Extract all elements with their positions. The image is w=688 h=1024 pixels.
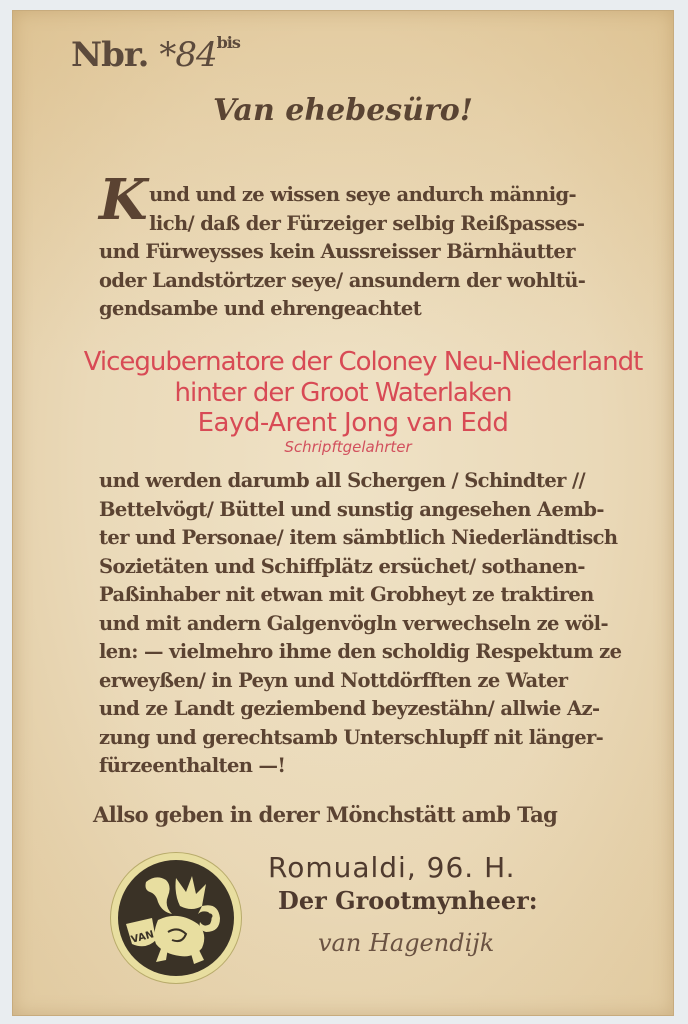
- text-line: und ze Landt geziembend beyzestähn/ allw…: [99, 695, 609, 724]
- text-line: Bettelvögt/ Büttel und sunstig angesehen…: [99, 496, 609, 525]
- text-line: und und ze wissen seye andurch männig-: [99, 181, 609, 210]
- drop-cap: K: [99, 175, 147, 225]
- text-line: len: — vielmehro ihme den scholdig Respe…: [99, 638, 609, 667]
- paragraph-2: und werden darumb all Schergen / Schindt…: [99, 467, 609, 781]
- text-line: gendsambe und ehrengeachtet: [99, 295, 609, 324]
- holder-name: Eayd-Arent Jong van Edd: [53, 408, 653, 438]
- holder-designation: Vicegubernatore der Coloney Neu-Niederla…: [73, 346, 653, 456]
- text-line: und mit andern Galgenvögln verwechseln z…: [99, 610, 609, 639]
- text-line: fürzeenthalten —!: [99, 752, 609, 781]
- signature-date: Romualdi, 96. H.: [268, 851, 558, 884]
- dragon-emblem-icon: [118, 860, 234, 976]
- holder-title: Schripftgelahrter: [43, 438, 653, 456]
- signature-title: Der Grootmynheer:: [278, 886, 558, 915]
- text-line: und Fürweysses kein Aussreisser Bärnhäut…: [99, 238, 609, 267]
- holder-location: hinter der Groot Waterlaken: [33, 378, 653, 408]
- text-line: ter und Personae/ item sämbtlich Niederl…: [99, 524, 609, 553]
- signature-block: Romualdi, 96. H. Der Grootmynheer: van H…: [258, 851, 558, 957]
- text-line: Paßinhaber nit etwan mit Grobheyt ze tra…: [99, 581, 609, 610]
- document-number: Nbr. *84bis: [71, 33, 240, 75]
- document-page: Nbr. *84bis Van ehebesüro! K und und ze …: [12, 10, 674, 1016]
- number-prefix: Nbr.: [71, 35, 148, 75]
- number-value: *84: [159, 35, 216, 75]
- text-line: zung und gerechtsamb Unterschlupff nit l…: [99, 724, 609, 753]
- text-line: und werden darumb all Schergen / Schindt…: [99, 467, 609, 496]
- text-line: oder Landstörtzer seye/ ansundern der wo…: [99, 267, 609, 296]
- text-line: lich/ daß der Fürzeiger selbig Reißpasse…: [99, 210, 609, 239]
- number-suffix: bis: [217, 33, 240, 52]
- holder-office: Vicegubernatore der Coloney Neu-Niederla…: [73, 346, 653, 378]
- document-heading: Van ehebesüro!: [13, 93, 673, 128]
- text-line: Sozietäten und Schiffplätz ersüchet/ sot…: [99, 553, 609, 582]
- closing-line: Allso geben in derer Mönchstätt amb Tag: [93, 801, 603, 830]
- dragon-seal-icon: VAN: [111, 853, 241, 983]
- signature-name: van Hagendijk: [318, 929, 558, 957]
- text-line: erweyßen/ in Peyn und Nottdörfften ze Wa…: [99, 667, 609, 696]
- paragraph-1: K und und ze wissen seye andurch männig-…: [99, 181, 609, 324]
